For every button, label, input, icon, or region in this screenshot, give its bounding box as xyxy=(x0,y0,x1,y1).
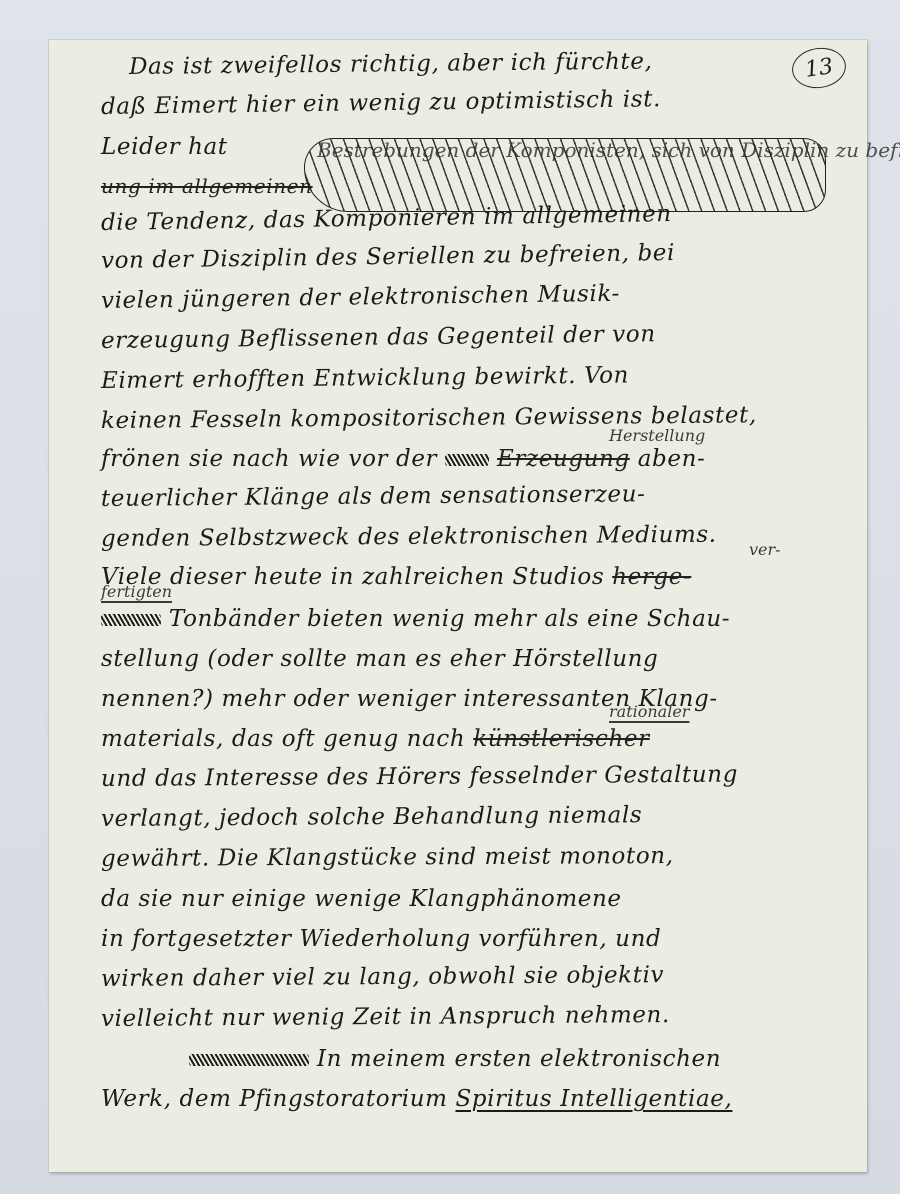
text-line-14-start: Viele dieser heute in zahlreichen Studio… xyxy=(101,564,604,590)
inserted-word: fertigten xyxy=(101,582,172,601)
struck-word: herge- xyxy=(612,564,691,590)
text-line-16: stellung (oder sollte man es eher Hörste… xyxy=(101,646,658,672)
scribble-deletion xyxy=(445,454,489,466)
work-title: Spiritus Intelligentiae, xyxy=(455,1086,732,1112)
text-line-6: von der Disziplin des Seriellen zu befre… xyxy=(101,240,675,274)
struck-out-passage-text: Bestrebungen der Komponisten, sich von D… xyxy=(317,138,900,162)
struck-word: Erzeugung xyxy=(497,446,630,472)
inserted-word: Herstellung xyxy=(609,426,705,445)
text-line-2: daß Eimert hier ein wenig zu optimistisc… xyxy=(101,86,661,120)
text-line-22: da sie nur einige wenige Klangphänomene xyxy=(101,886,622,912)
text-line-3: Leider hat xyxy=(101,134,228,160)
text-line-1: Das ist zweifellos richtig, aber ich für… xyxy=(129,49,653,80)
text-line-19: und das Interesse des Hörers fesselnder … xyxy=(101,762,738,792)
text-line-11-start: frönen sie nach wie vor der xyxy=(101,446,437,472)
struck-line-4: ung im allgemeinen xyxy=(101,174,313,198)
text-line-27: Werk, dem Pfingstoratorium Spiritus Inte… xyxy=(101,1086,732,1112)
text-line-5: die Tendenz, das Komponieren im allgemei… xyxy=(101,201,672,236)
manuscript-page: 13 Das ist zweifellos richtig, aber ich … xyxy=(49,40,867,1172)
text-line-25: vielleicht nur wenig Zeit in Anspruch ne… xyxy=(101,1002,670,1032)
text-line-14: Viele dieser heute in zahlreichen Studio… xyxy=(101,564,691,590)
text-line-15-text: Tonbänder bieten wenig mehr als eine Sch… xyxy=(169,606,730,632)
page-number-circled: 13 xyxy=(789,44,848,91)
inserted-word: ver- xyxy=(749,540,781,559)
text-line-21: gewährt. Die Klangstücke sind meist mono… xyxy=(101,843,674,872)
text-line-8: erzeugung Beflissenen das Gegenteil der … xyxy=(101,321,656,354)
text-line-11-end: aben- xyxy=(638,446,706,472)
text-line-18: materials, das oft genug nach künstleris… xyxy=(101,726,650,752)
text-line-15: Tonbänder bieten wenig mehr als eine Sch… xyxy=(101,606,730,632)
text-line-26: In meinem ersten elektronischen xyxy=(189,1046,721,1072)
inserted-word: rationaler xyxy=(609,702,689,721)
scribble-deletion xyxy=(189,1054,309,1066)
text-line-18-start: materials, das oft genug nach xyxy=(101,726,465,752)
scribble-deletion xyxy=(101,614,161,626)
text-line-13: genden Selbstzweck des elektronischen Me… xyxy=(101,522,717,552)
text-line-9: Eimert erhofften Entwicklung bewirkt. Vo… xyxy=(101,362,629,394)
text-line-23: in fortgesetzter Wiederholung vorführen,… xyxy=(101,926,661,952)
text-line-11: frönen sie nach wie vor der Erzeugung ab… xyxy=(101,446,705,472)
struck-word: künstlerischer xyxy=(473,726,649,752)
text-line-26-text: In meinem ersten elektronischen xyxy=(317,1046,721,1072)
text-line-20: verlangt, jedoch solche Behandlung niema… xyxy=(101,802,642,832)
text-line-27-start: Werk, dem Pfingstoratorium xyxy=(101,1086,448,1112)
text-line-12: teuerlicher Klänge als dem sensationserz… xyxy=(101,481,646,512)
text-line-7: vielen jüngeren der elektronischen Musik… xyxy=(101,281,620,314)
text-line-24: wirken daher viel zu lang, obwohl sie ob… xyxy=(101,962,664,992)
